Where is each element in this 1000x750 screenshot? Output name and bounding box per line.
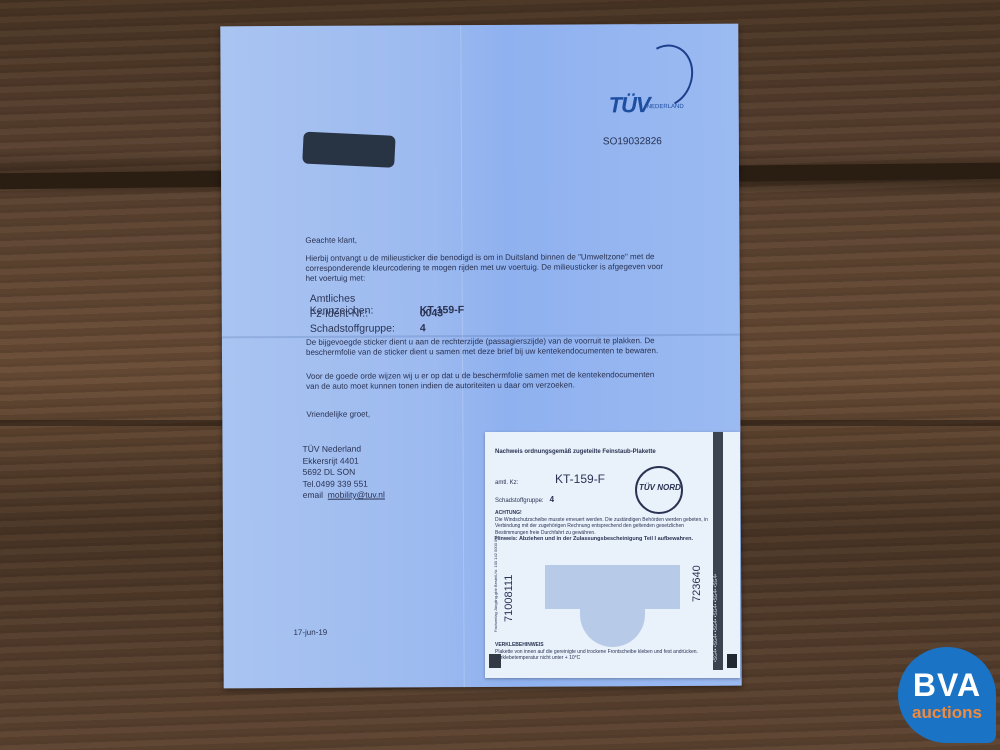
sg4-strip: •SG4• •SG4• •SG4• •SG4• •SG4• •SG4• bbox=[713, 432, 723, 670]
logo-brand: TÜV bbox=[609, 92, 650, 118]
warning-block: ACHTUNG! Die Windschutzscheibe musste er… bbox=[495, 510, 710, 536]
bva-auctions-logo: BVA auctions bbox=[898, 647, 996, 743]
email-link[interactable]: mobility@tuv.nl bbox=[328, 490, 385, 500]
corner-mark bbox=[727, 654, 737, 668]
sticker-cutout-round bbox=[580, 597, 645, 647]
hint: Hinweis: Abziehen und in der Zulassungsb… bbox=[495, 536, 693, 542]
reference-number: SO19032826 bbox=[603, 136, 662, 147]
publisher-fine-print: Fachverlag Jüngling-gbb Bestell-Nr. 100 … bbox=[493, 535, 498, 632]
tuv-nord-logo: TÜV NORD bbox=[635, 466, 683, 514]
field-schadstoffgruppe: Schadstoffgruppe:4 bbox=[310, 322, 426, 335]
serial-right: 723640 bbox=[691, 565, 703, 602]
logo-sub: NEDERLAND bbox=[647, 104, 684, 110]
redacted-address bbox=[302, 132, 395, 168]
application-notice: VERKLEBEHINWEIS Plakette von innen auf d… bbox=[495, 642, 705, 662]
closing: Vriendelijke groet, bbox=[306, 408, 666, 420]
documents-notice: Voor de goede orde wijzen wij u er op da… bbox=[306, 370, 666, 392]
sticker-title: Nachweis ordnungsgemäß zugeteilte Feinst… bbox=[495, 449, 656, 455]
kz-value: KT-159-F bbox=[555, 472, 605, 486]
sender-address: TÜV Nederland Ekkersrijt 4401 5692 DL SO… bbox=[302, 444, 384, 502]
kz-label: amtl. Kz: bbox=[495, 480, 518, 486]
letter-date: 17-jun-19 bbox=[293, 628, 327, 637]
feinstaub-plakette-certificate: Nachweis ordnungsgemäß zugeteilte Feinst… bbox=[485, 432, 740, 678]
serial-left: 71008111 bbox=[503, 575, 515, 622]
greeting: Geachte klant, bbox=[305, 234, 665, 246]
sticker-instructions: De bijgevoegde sticker dient u aan de re… bbox=[306, 336, 666, 358]
tuv-nederland-logo: TÜV NEDERLAND bbox=[609, 72, 699, 122]
field-ident: Fz-Ident-Nr.:0043 bbox=[310, 307, 443, 320]
group-field: Schadstoffgruppe:4 bbox=[495, 495, 554, 504]
intro-paragraph: Hierbij ontvangt u de milieusticker die … bbox=[305, 252, 665, 284]
